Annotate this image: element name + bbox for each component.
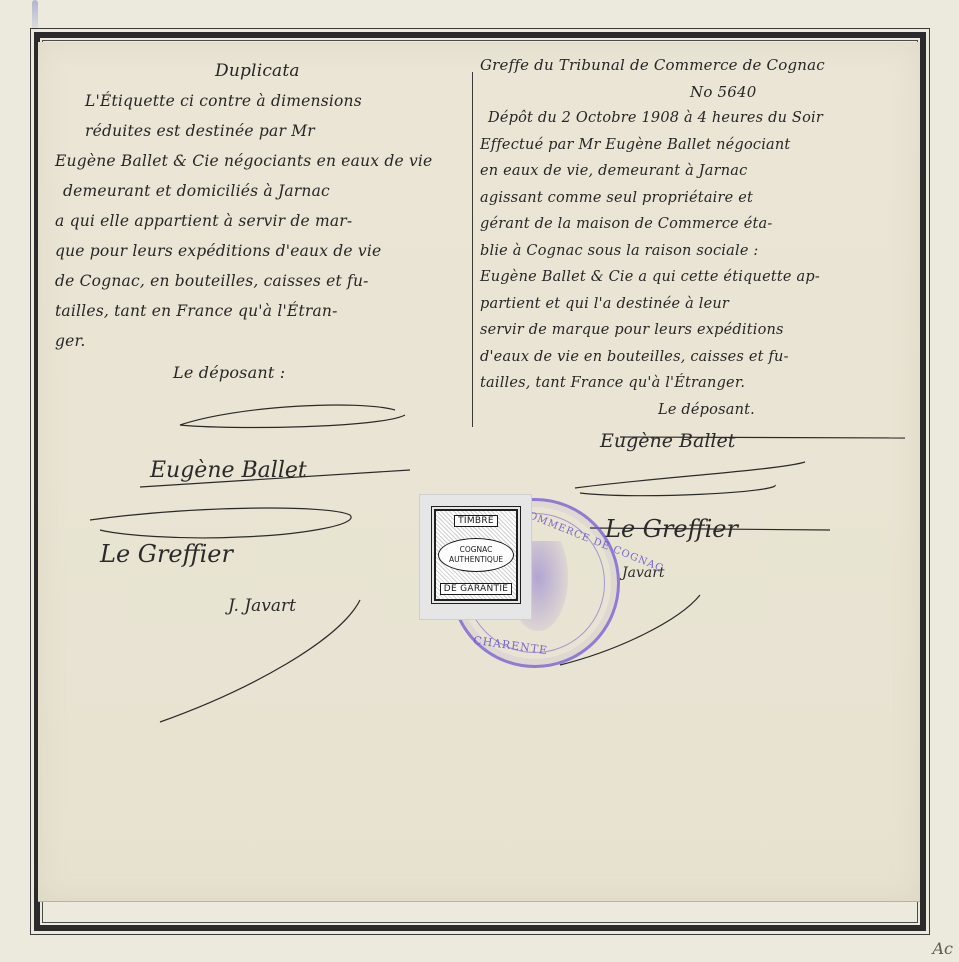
- text-line: tailles, tant en France qu'à l'Étran-: [55, 296, 465, 326]
- corner-annotation: Ac: [932, 939, 953, 958]
- stamp-line-cognac: COGNAC: [460, 545, 493, 555]
- text-line: réduites est destinée par Mr: [55, 116, 465, 146]
- text-line: agissant comme seul propriétaire et: [480, 185, 920, 212]
- signature-le-greffier-left: Le Greffier: [100, 540, 233, 568]
- duplicata-title: Duplicata: [55, 56, 465, 86]
- text-line: Effectué par Mr Eugène Ballet négociant: [480, 132, 920, 159]
- signature-javart-left: J. Javart: [228, 596, 296, 616]
- text-line: blie à Cognac sous la raison sociale :: [480, 238, 920, 265]
- text-line: d'eaux de vie en bouteilles, caisses et …: [480, 344, 920, 371]
- signature-le-greffier-right: Le Greffier: [605, 515, 738, 543]
- text-line: Dépôt du 2 Octobre 1908 à 4 heures du So…: [480, 105, 920, 132]
- greffe-header: Greffe du Tribunal de Commerce de Cognac: [480, 52, 920, 79]
- deposant-label: Le déposant.: [480, 397, 920, 424]
- text-line: L'Étiquette ci contre à dimensions: [55, 86, 465, 116]
- stamp-line-authentique: AUTHENTIQUE: [449, 555, 503, 565]
- stamp-engraved-frame: TIMBRE COGNAC AUTHENTIQUE DE GARANTIE: [434, 509, 518, 601]
- stamp-center-oval: COGNAC AUTHENTIQUE: [438, 538, 514, 572]
- text-line: servir de marque pour leurs expéditions: [480, 317, 920, 344]
- signature-eugene-ballet-right: Eugène Ballet: [600, 430, 735, 452]
- pencil-mark: [32, 0, 38, 30]
- text-line: a qui elle appartient à servir de mar-: [55, 206, 465, 236]
- column-divider: [472, 72, 473, 427]
- registration-number: No 5640: [480, 79, 920, 106]
- text-line: de Cognac, en bouteilles, caisses et fu-: [55, 266, 465, 296]
- text-line: ger.: [55, 326, 465, 356]
- text-line: en eaux de vie, demeurant à Jarnac: [480, 158, 920, 185]
- text-line: Eugène Ballet & Cie a qui cette étiquett…: [480, 264, 920, 291]
- left-column-duplicata: Duplicata L'Étiquette ci contre à dimens…: [55, 56, 465, 388]
- text-line: gérant de la maison de Commerce éta-: [480, 211, 920, 238]
- deposant-label: Le déposant :: [55, 358, 465, 388]
- text-line: demeurant et domiciliés à Jarnac: [55, 176, 465, 206]
- text-line: que pour leurs expéditions d'eaux de vie: [55, 236, 465, 266]
- text-line: tailles, tant France qu'à l'Étranger.: [480, 370, 920, 397]
- stamp-bottom-label: DE GARANTIE: [440, 583, 513, 595]
- signature-eugene-ballet-left: Eugène Ballet: [150, 458, 307, 483]
- revenue-stamp: TIMBRE COGNAC AUTHENTIQUE DE GARANTIE: [419, 494, 532, 620]
- stamp-top-label: TIMBRE: [454, 515, 498, 527]
- right-column-greffe: Greffe du Tribunal de Commerce de Cognac…: [480, 52, 920, 423]
- text-line: partient et qui l'a destinée à leur: [480, 291, 920, 318]
- text-line: Eugène Ballet & Cie négociants en eaux d…: [55, 146, 465, 176]
